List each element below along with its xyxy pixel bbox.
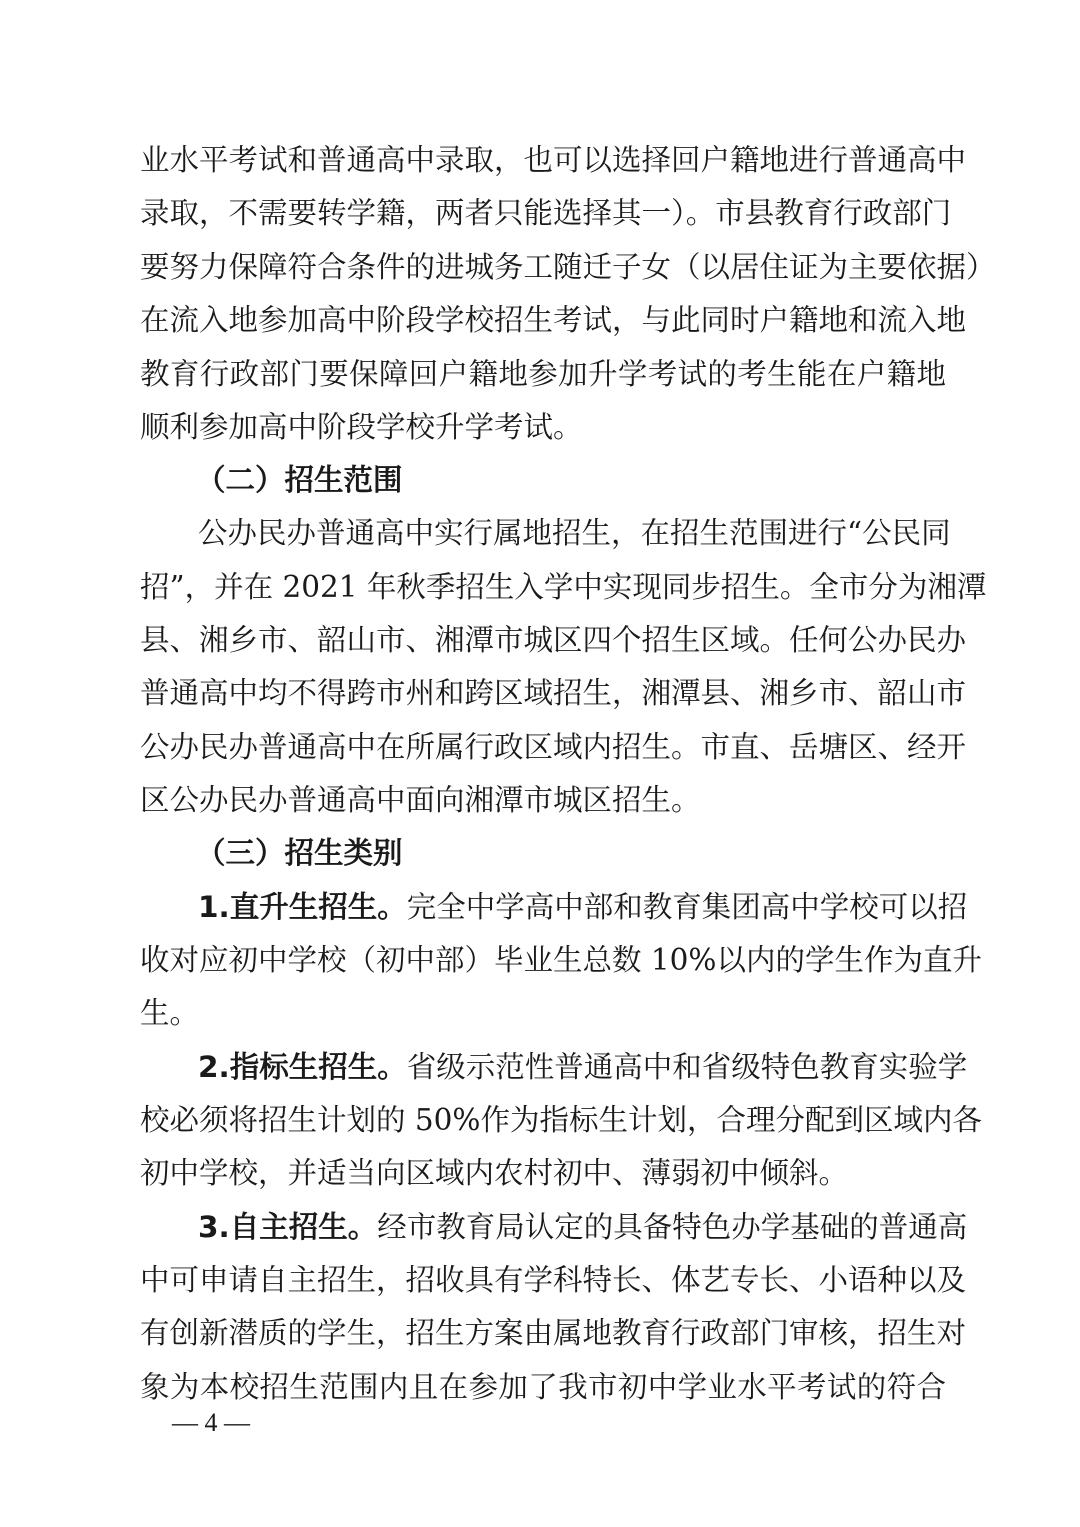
list-item-quota-enrollment: 2.指标生招生。省级示范性普通高中和省级特色教育实验学: [198, 1047, 946, 1087]
paragraph-line: 录取，不需要转学籍，两者只能选择其一）。市县教育行政部门: [140, 193, 946, 233]
paragraph-line: 顺利参加高中阶段学校升学考试。: [140, 407, 946, 447]
item-lead: 2.指标生招生。: [198, 1050, 407, 1084]
paragraph-line: 要努力保障符合条件的进城务工随迁子女（以居住证为主要依据）: [140, 247, 946, 287]
paragraph-line: 业水平考试和普通高中录取，也可以选择回户籍地进行普通高中: [140, 140, 946, 180]
paragraph-line: 招”，并在 2021 年秋季招生入学中实现同步招生。全市分为湘潭: [140, 567, 946, 607]
paragraph-line: 县、湘乡市、韶山市、湘潭市城区四个招生区域。任何公办民办: [140, 620, 946, 660]
paragraph-line: 初中学校，并适当向区域内农村初中、薄弱初中倾斜。: [140, 1153, 946, 1193]
paragraph-line: 普通高中均不得跨市州和跨区域招生，湘潭县、湘乡市、韶山市: [140, 673, 946, 713]
paragraph-line: 有创新潜质的学生，招生方案由属地教育行政部门审核，招生对: [140, 1313, 946, 1353]
paragraph-line: 教育行政部门要保障回户籍地参加升学考试的考生能在户籍地: [140, 354, 946, 394]
paragraph-line: 校必须将招生计划的 50%作为指标生计划，合理分配到区域内各: [140, 1100, 946, 1140]
paragraph-line: 公办民办普通高中实行属地招生，在招生范围进行“公民同: [198, 513, 946, 553]
item-text: 省级示范性普通高中和省级特色教育实验学: [407, 1050, 968, 1084]
section-heading-enrollment-categories: （三）招生类别: [196, 833, 403, 873]
paragraph-line: 公办民办普通高中在所属行政区域内招生。市直、岳塘区、经开: [140, 727, 946, 767]
paragraph-line: 生。: [140, 993, 946, 1033]
item-text: 完全中学高中部和教育集团高中学校可以招: [407, 890, 968, 924]
list-item-direct-promotion: 1.直升生招生。完全中学高中部和教育集团高中学校可以招: [198, 887, 946, 927]
item-lead: 1.直升生招生。: [198, 890, 407, 924]
paragraph-line: 收对应初中学校（初中部）毕业生总数 10%以内的学生作为直升: [140, 940, 946, 980]
list-item-independent-enrollment: 3.自主招生。经市教育局认定的具备特色办学基础的普通高: [198, 1207, 946, 1247]
item-lead: 3.自主招生。: [198, 1210, 377, 1244]
page-number: — 4 —: [172, 1406, 250, 1440]
document-page: 业水平考试和普通高中录取，也可以选择回户籍地进行普通高中 录取，不需要转学籍，两…: [0, 0, 1080, 1527]
paragraph-line: 在流入地参加高中阶段学校招生考试，与此同时户籍地和流入地: [140, 300, 946, 340]
paragraph-line: 象为本校招生范围内且在参加了我市初中学业水平考试的符合: [140, 1367, 946, 1407]
paragraph-line: 区公办民办普通高中面向湘潭市城区招生。: [140, 780, 946, 820]
section-heading-enrollment-scope: （二）招生范围: [196, 460, 403, 500]
paragraph-line: 中可申请自主招生，招收具有学科特长、体艺专长、小语种以及: [140, 1260, 946, 1300]
item-text: 经市教育局认定的具备特色办学基础的普通高: [377, 1210, 967, 1244]
